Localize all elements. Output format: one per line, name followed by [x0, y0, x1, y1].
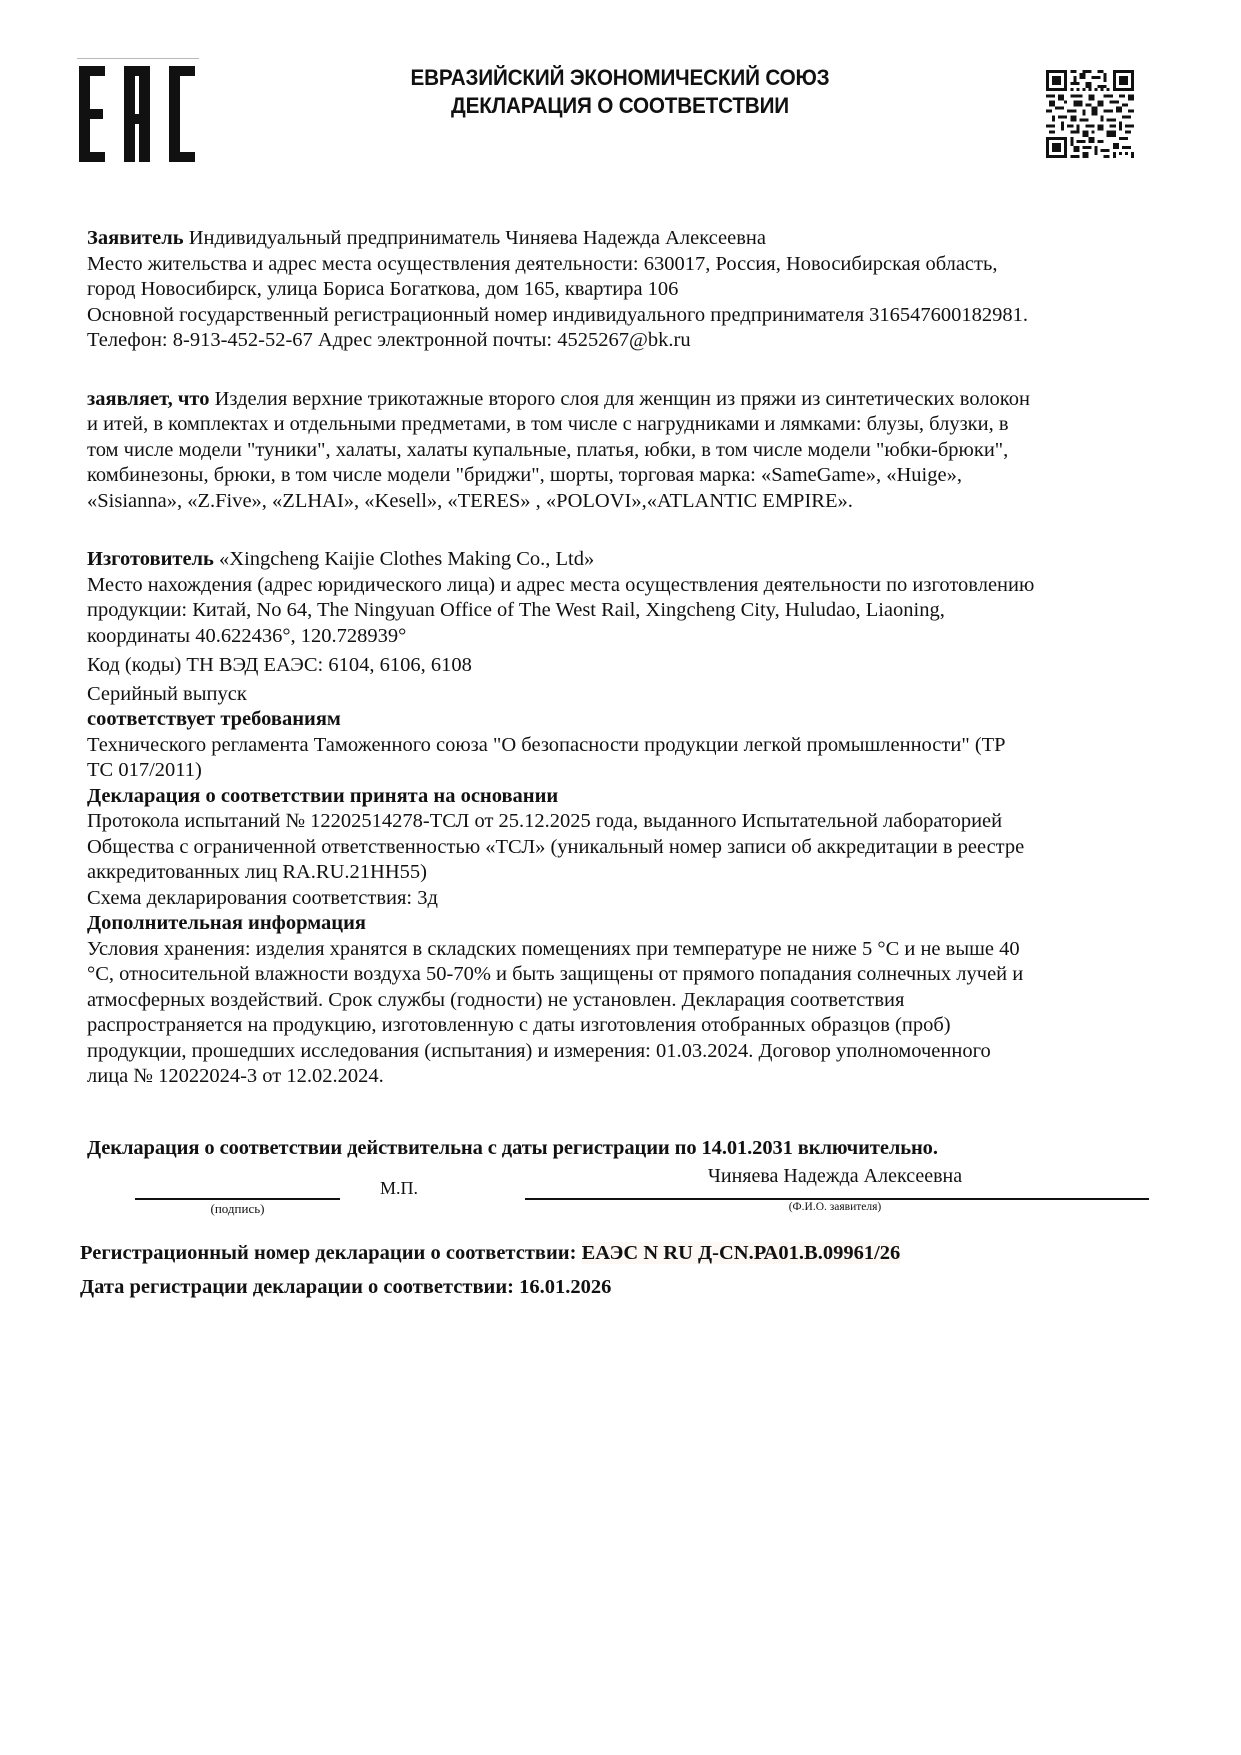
manufacturer-label: Изготовитель	[87, 548, 214, 570]
additional-info-section: Дополнительная информация Условия хранен…	[87, 911, 1167, 1090]
applicant-contacts: Телефон: 8-913-452-52-67 Адрес электронн…	[87, 328, 1167, 354]
additional-info-line: распространяется на продукцию, изготовле…	[87, 1013, 1167, 1039]
manufacturer-coordinates: координаты 40.622436°, 120.728939°	[87, 624, 1167, 650]
requirements-line: ТС 017/2011)	[87, 758, 1167, 784]
qr-code-icon[interactable]	[1046, 70, 1134, 158]
product-description-line: и итей, в комплектах и отдельными предме…	[87, 412, 1167, 438]
declaration-body: Заявитель Индивидуальный предприниматель…	[87, 226, 1167, 1090]
manufacturer-address-line: Место нахождения (адрес юридического лиц…	[87, 573, 1167, 599]
declares-section: заявляет, что Изделия верхние трикотажны…	[87, 387, 1167, 515]
registration-number-label: Регистрационный номер декларации о соотв…	[80, 1242, 582, 1264]
product-description-line: Изделия верхние трикотажные второго слоя…	[209, 388, 1029, 410]
validity-statement: Декларация о соответствии действительна …	[87, 1137, 938, 1160]
basis-line: Протокола испытаний № 12202514278-ТСЛ от…	[87, 809, 1167, 835]
name-caption: (Ф.И.О. заявителя)	[525, 1201, 1145, 1213]
additional-info-line: продукции, прошедших исследования (испыт…	[87, 1039, 1167, 1065]
declaration-scheme: Схема декларирования соответствия: 3д	[87, 886, 1167, 912]
additional-info-line: Условия хранения: изделия хранятся в скл…	[87, 937, 1167, 963]
declares-label: заявляет, что	[87, 388, 209, 410]
requirements-section: соответствует требованиям Технического р…	[87, 707, 1167, 784]
requirements-line: Технического регламента Таможенного союз…	[87, 733, 1167, 759]
basis-label: Декларация о соответствии принята на осн…	[87, 784, 1167, 810]
applicant-address-line: город Новосибирск, улица Бориса Богатков…	[87, 277, 1167, 303]
declaration-page: ЕВРАЗИЙСКИЙ ЭКОНОМИЧЕСКИЙ СОЮЗ ДЕКЛАРАЦИ…	[0, 0, 1241, 1755]
stamp-placeholder: М.П.	[380, 1178, 418, 1199]
additional-info-label: Дополнительная информация	[87, 911, 1167, 937]
signature-caption: (подпись)	[135, 1201, 340, 1217]
title-declaration: ДЕКЛАРАЦИЯ О СООТВЕТСТВИИ	[289, 92, 951, 120]
basis-line: Общества с ограниченной ответственностью…	[87, 835, 1167, 861]
applicant-signatory-name: Чиняева Надежда Алексеевна	[525, 1165, 1145, 1188]
document-title: ЕВРАЗИЙСКИЙ ЭКОНОМИЧЕСКИЙ СОЮЗ ДЕКЛАРАЦИ…	[289, 64, 951, 120]
basis-line: аккредитованных лиц RA.RU.21HH55)	[87, 860, 1167, 886]
additional-info-line: атмосферных воздействий. Срок службы (го…	[87, 988, 1167, 1014]
title-union: ЕВРАЗИЙСКИЙ ЭКОНОМИЧЕСКИЙ СОЮЗ	[289, 64, 951, 92]
product-description-line: комбинезоны, брюки, в том числе модели "…	[87, 463, 1167, 489]
additional-info-line: лица № 12022024-3 от 12.02.2024.	[87, 1064, 1167, 1090]
registration-date: Дата регистрации декларации о соответств…	[80, 1276, 611, 1299]
eac-logo-icon	[79, 66, 195, 162]
product-description-line: том числе модели "туники", халаты, халат…	[87, 438, 1167, 464]
applicant-section: Заявитель Индивидуальный предприниматель…	[87, 226, 1167, 354]
registration-number: Регистрационный номер декларации о соотв…	[80, 1242, 900, 1265]
registration-number-value: ЕАЭС N RU Д-CN.РА01.В.09961/26	[582, 1242, 901, 1264]
applicant-address-line: Место жительства и адрес места осуществл…	[87, 252, 1167, 278]
product-description-line: «Sisianna», «Z.Five», «ZLHAI», «Kesell»,…	[87, 489, 1167, 515]
additional-info-line: °С, относительной влажности воздуха 50-7…	[87, 962, 1167, 988]
manufacturer-address-line: продукции: Китай, No 64, The Ningyuan Of…	[87, 598, 1167, 624]
requirements-label: соответствует требованиям	[87, 707, 1167, 733]
applicant-label: Заявитель	[87, 227, 184, 249]
signature-line	[135, 1198, 340, 1200]
manufacturer-name: «Xingcheng Kaijie Clothes Making Co., Lt…	[214, 548, 594, 570]
applicant-ogrnip: Основной государственный регистрационный…	[87, 303, 1167, 329]
hs-codes: Код (коды) ТН ВЭД ЕАЭС: 6104, 6106, 6108	[87, 653, 1167, 679]
registration-date-value: 16.01.2026	[519, 1276, 611, 1298]
basis-section: Декларация о соответствии принята на осн…	[87, 784, 1167, 912]
release-type: Серийный выпуск	[87, 682, 1167, 708]
applicant-name: Индивидуальный предприниматель Чиняева Н…	[184, 227, 766, 249]
name-line	[525, 1198, 1149, 1200]
logo-top-rule	[77, 58, 199, 59]
manufacturer-section: Изготовитель «Xingcheng Kaijie Clothes M…	[87, 547, 1167, 707]
registration-date-label: Дата регистрации декларации о соответств…	[80, 1276, 519, 1298]
